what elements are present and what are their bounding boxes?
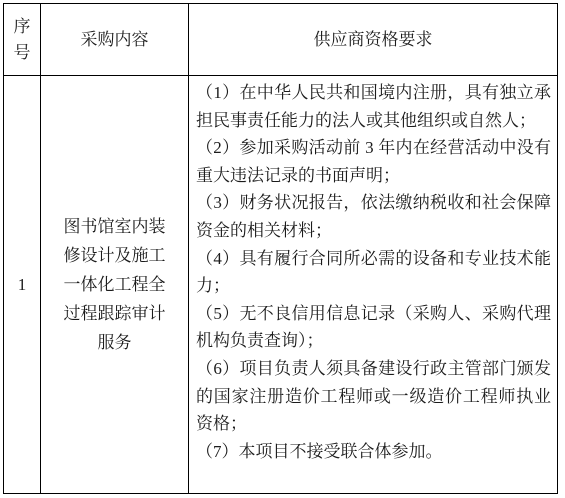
procurement-table: 序号 采购内容 供应商资格要求 1 图书馆室内装修设计及施工一体化工程全过程跟踪…	[3, 3, 558, 494]
requirement-item-6: （6）项目负责人须具备建设行政主管部门颁发的国家注册造价工程师或一级造价工程师执…	[196, 355, 551, 438]
requirement-item-5: （5）无不良信用信息记录（采购人、采购代理机构负责查询）；	[196, 300, 551, 355]
requirement-item-2: （2）参加采购活动前 3 年内在经营活动中没有重大违法记录的书面声明；	[196, 134, 551, 189]
cell-supplier-requirements: （1）在中华人民共和国境内注册，具有独立承担民事责任能力的法人或其他组织或自然人…	[189, 76, 558, 494]
header-procurement-content: 采购内容	[41, 4, 189, 76]
cell-procurement-content: 图书馆室内装修设计及施工一体化工程全过程跟踪审计服务	[41, 76, 189, 494]
requirement-item-3: （3）财务状况报告，依法缴纳税收和社会保障资金的相关材料；	[196, 189, 551, 244]
cell-serial-number: 1	[4, 76, 41, 494]
table-row: 1 图书馆室内装修设计及施工一体化工程全过程跟踪审计服务 （1）在中华人民共和国…	[4, 76, 558, 494]
requirement-item-4: （4）具有履行合同所必需的设备和专业技术能力；	[196, 245, 551, 300]
header-serial-number: 序号	[4, 4, 41, 76]
table-header-row: 序号 采购内容 供应商资格要求	[4, 4, 558, 76]
header-supplier-qualification-requirements: 供应商资格要求	[189, 4, 558, 76]
requirement-item-1: （1）在中华人民共和国境内注册，具有独立承担民事责任能力的法人或其他组织或自然人…	[196, 79, 551, 134]
requirement-item-7: （7）本项目不接受联合体参加。	[196, 438, 551, 466]
